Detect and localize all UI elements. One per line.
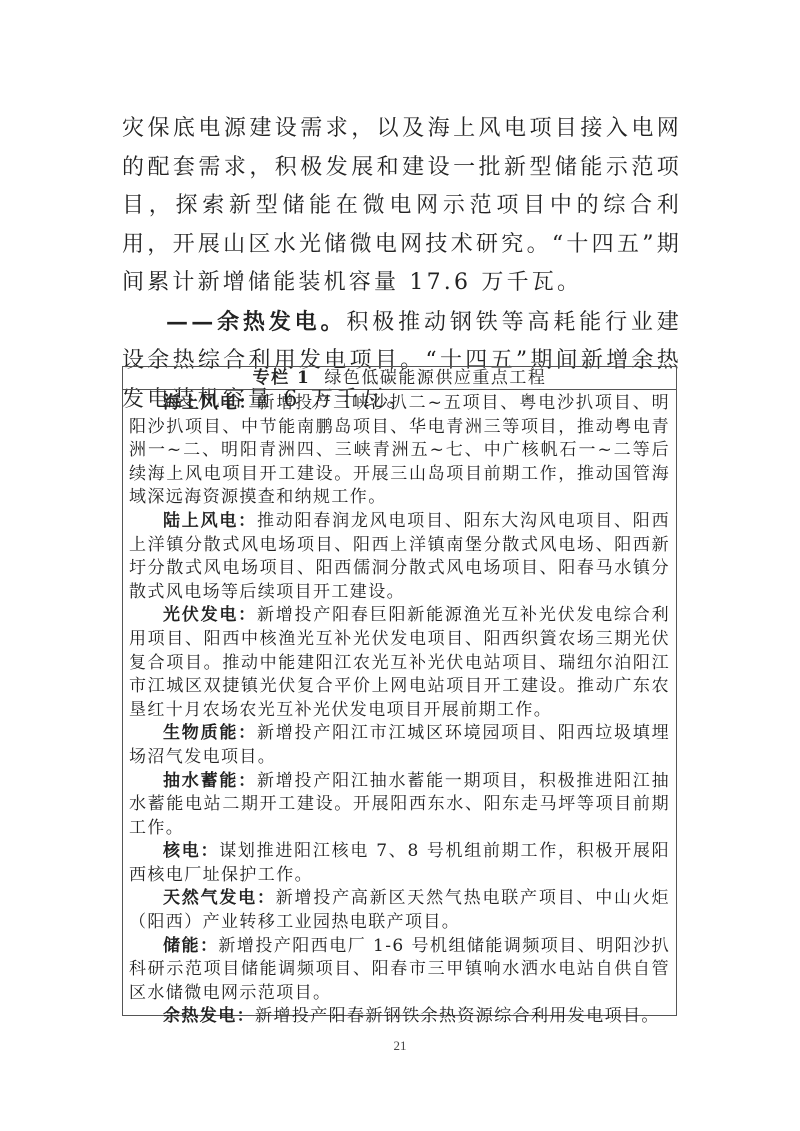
item-heading: 储能：	[163, 936, 218, 956]
item-heading: 生物质能：	[163, 723, 257, 743]
item-solar-pv: 光伏发电：新增投产阳春巨阳新能源渔光互补光伏发电综合利用项目、阳西中核渔光互补光…	[129, 604, 670, 722]
page-number: 21	[0, 1038, 800, 1054]
item-heading: 陆上风电：	[163, 511, 257, 531]
item-onshore-wind: 陆上风电：推动阳春润龙风电项目、阳东大沟风电项目、阳西上洋镇分散式风电场项目、阳…	[129, 510, 670, 604]
item-heading: 余热发电：	[163, 1006, 255, 1026]
column-box-body: 海上风电：新增投产三峡沙扒二~五项目、粤电沙扒项目、明阳沙扒项目、中节能南鹏岛项…	[123, 390, 676, 1029]
item-heading: 核电：	[163, 841, 219, 861]
item-heading: 光伏发电：	[163, 605, 257, 625]
column-box: 专栏 1绿色低碳能源供应重点工程 海上风电：新增投产三峡沙扒二~五项目、粤电沙扒…	[122, 366, 677, 1016]
paragraph-energy-storage: 灾保底电源建设需求，以及海上风电项目接入电网的配套需求，积极发展和建设一批新型储…	[122, 110, 682, 303]
column-title: 绿色低碳能源供应重点工程	[324, 368, 546, 388]
column-box-title: 专栏 1绿色低碳能源供应重点工程	[123, 367, 676, 390]
item-offshore-wind: 海上风电：新增投产三峡沙扒二~五项目、粤电沙扒项目、明阳沙扒项目、中节能南鹏岛项…	[129, 392, 670, 510]
item-biomass: 生物质能：新增投产阳江市江城区环境园项目、阳西垃圾填埋场沼气发电项目。	[129, 722, 670, 769]
item-heading: 海上风电：	[163, 393, 258, 413]
item-heading: 天然气发电：	[163, 888, 276, 908]
item-heading: 抽水蓄能：	[163, 771, 257, 791]
item-energy-storage: 储能：新增投产阳西电厂 1-6 号机组储能调频项目、明阳沙扒科研示范项目储能调频…	[129, 935, 670, 1006]
paragraph-heading: ——余热发电。	[166, 309, 346, 335]
document-page: 灾保底电源建设需求，以及海上风电项目接入电网的配套需求，积极发展和建设一批新型储…	[0, 0, 800, 1131]
item-text: 新增投产阳春新钢铁余热资源综合利用发电项目。	[255, 1006, 660, 1026]
item-pumped-storage: 抽水蓄能：新增投产阳江抽水蓄能一期项目，积极推进阳江抽水蓄能电站二期开工建设。开…	[129, 770, 670, 841]
item-natural-gas: 天然气发电：新增投产高新区天然气热电联产项目、中山火炬（阳西）产业转移工业园热电…	[129, 887, 670, 934]
column-label: 专栏 1	[253, 368, 311, 388]
item-nuclear: 核电：谋划推进阳江核电 7、8 号机组前期工作，积极开展阳西核电厂址保护工作。	[129, 840, 670, 887]
item-waste-heat: 余热发电：新增投产阳春新钢铁余热资源综合利用发电项目。	[129, 1005, 670, 1029]
